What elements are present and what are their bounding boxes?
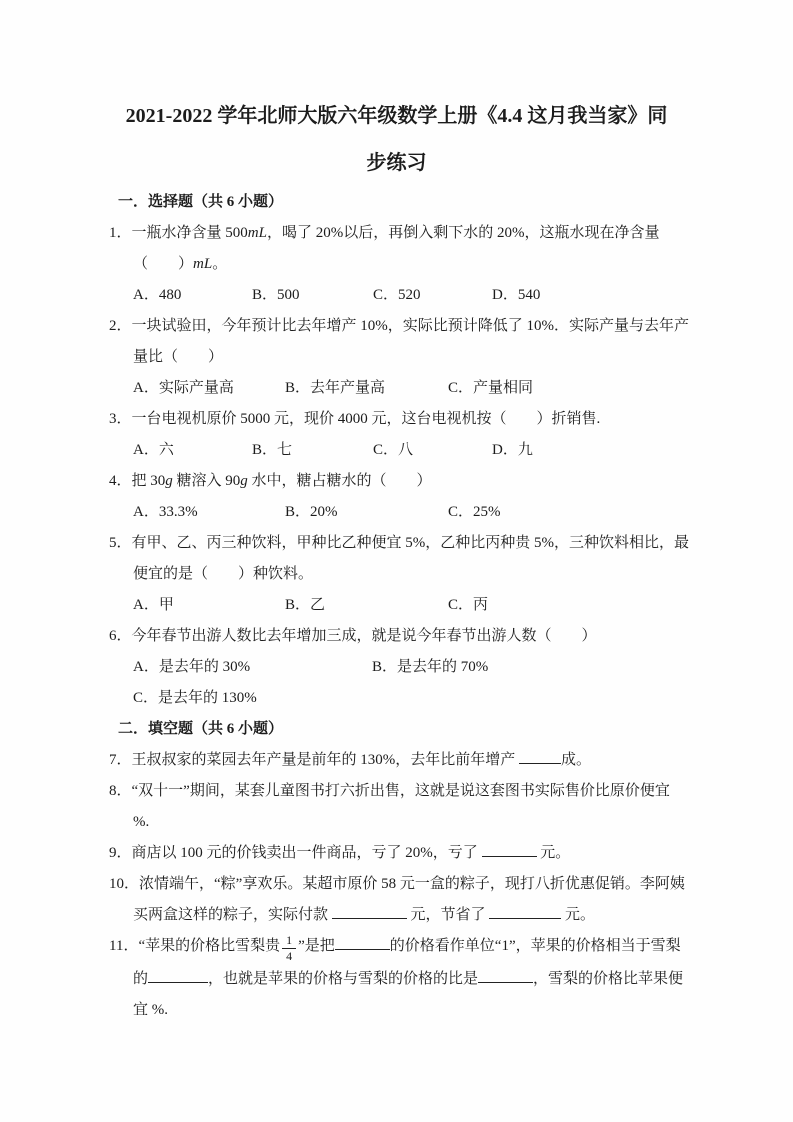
options-row: A．是去年的 30% B．是去年的 70%: [104, 652, 689, 683]
question-number: 5．: [109, 535, 132, 551]
question-number: 6．: [109, 628, 132, 644]
fraction-one-fourth: 14: [282, 933, 296, 964]
option-b: B．去年产量高: [285, 373, 448, 404]
page-title-line1: 2021-2022 学年北师大版六年级数学上册《4.4 这月我当家》同: [104, 93, 689, 140]
question-number: 9．: [109, 845, 132, 861]
question-1: 1．一瓶水净含量 500mL，喝了 20%以后，再倒入剩下水的 20%，这瓶水现…: [104, 218, 689, 280]
option-d: D．540: [492, 280, 540, 311]
unit-ml: mL: [248, 225, 267, 241]
option-a: A．480: [133, 280, 252, 311]
question-11: 11．“苹果的价格比雪梨贵14”是把的价格看作单位“1”，苹果的价格相当于雪梨的…: [104, 931, 689, 1026]
options-row: C．是去年的 130%: [104, 683, 689, 714]
question-3: 3．一台电视机原价 5000 元，现价 4000 元，这台电视机按（ ）折销售.: [104, 404, 689, 435]
worksheet-page: 2021-2022 学年北师大版六年级数学上册《4.4 这月我当家》同 步练习 …: [0, 0, 793, 1122]
option-c: C．25%: [448, 497, 501, 528]
options-row: A．六 B．七 C．八 D．九: [104, 435, 689, 466]
fill-in-blank: [335, 935, 390, 950]
question-number: 7．: [109, 752, 132, 768]
options-row: A．甲 B．乙 C．丙: [104, 590, 689, 621]
fraction-denominator: 4: [282, 949, 296, 964]
question-2: 2．一块试验田，今年预计比去年增产 10%，实际比预计降低了 10%．实际产量与…: [104, 311, 689, 373]
option-c: C．520: [373, 280, 492, 311]
question-6: 6．今年春节出游人数比去年增加三成，就是说今年春节出游人数（ ）: [104, 621, 689, 652]
question-number: 8．: [109, 783, 132, 799]
page-title-line2: 步练习: [104, 140, 689, 187]
option-c: C．丙: [448, 590, 488, 621]
question-number: 4．: [109, 473, 132, 489]
options-row: A．33.3% B．20% C．25%: [104, 497, 689, 528]
section-heading-fill: 二．填空题（共 6 小题）: [104, 714, 689, 745]
option-a: A．实际产量高: [133, 373, 285, 404]
page-title: 2021-2022 学年北师大版六年级数学上册《4.4 这月我当家》同 步练习: [104, 93, 689, 187]
question-number: 3．: [109, 411, 132, 427]
fill-in-blank: [478, 968, 533, 983]
question-number: 1．: [109, 225, 132, 241]
option-c: C．产量相同: [448, 373, 533, 404]
fill-in-blank: [332, 904, 407, 919]
unit-g: g: [165, 473, 173, 489]
question-10: 10．浓情端午，“粽”享欢乐。某超市原价 58 元一盒的粽子，现打八折优惠促销。…: [104, 869, 689, 931]
question-8: 8．“双十一”期间，某套儿童图书打六折出售，这就是说这套图书实际售价比原价便宜 …: [104, 776, 689, 838]
fill-in-blank: [482, 842, 537, 857]
question-number: 11．: [109, 938, 138, 954]
option-d: D．九: [492, 435, 533, 466]
question-7: 7．王叔叔家的菜园去年产量是前年的 130%，去年比前年增产 成。: [104, 745, 689, 776]
option-b: B．是去年的 70%: [372, 652, 488, 683]
question-4: 4．把 30g 糖溶入 90g 水中，糖占糖水的（ ）: [104, 466, 689, 497]
question-9: 9．商店以 100 元的价钱卖出一件商品，亏了 20%，亏了 元。: [104, 838, 689, 869]
question-5: 5．有甲、乙、丙三种饮料，甲种比乙种便宜 5%，乙种比丙种贵 5%，三种饮料相比…: [104, 528, 689, 590]
options-row: A．480 B．500 C．520 D．540: [104, 280, 689, 311]
option-b: B．20%: [285, 497, 448, 528]
fill-in-blank: [148, 968, 208, 983]
option-a: A．是去年的 30%: [133, 652, 372, 683]
options-row: A．实际产量高 B．去年产量高 C．产量相同: [104, 373, 689, 404]
option-a: A．甲: [133, 590, 285, 621]
section-heading-choice: 一．选择题（共 6 小题）: [104, 187, 689, 218]
option-b: B．七: [252, 435, 373, 466]
option-c: C．八: [373, 435, 492, 466]
option-a: A．六: [133, 435, 252, 466]
option-b: B．500: [252, 280, 373, 311]
unit-g: g: [240, 473, 248, 489]
option-b: B．乙: [285, 590, 448, 621]
fill-in-blank: [519, 749, 561, 764]
fill-in-blank: [489, 904, 561, 919]
unit-ml: mL: [193, 256, 212, 272]
fraction-numerator: 1: [282, 933, 296, 949]
question-number: 2．: [109, 318, 132, 334]
option-a: A．33.3%: [133, 497, 285, 528]
question-number: 10．: [109, 876, 139, 892]
option-c: C．是去年的 130%: [133, 683, 372, 714]
